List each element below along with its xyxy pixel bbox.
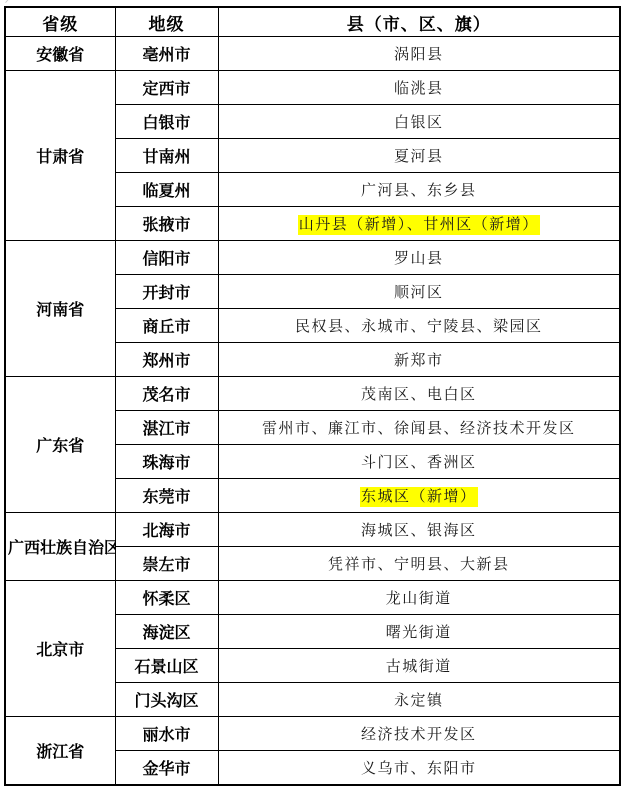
counties-text: 新郑市: [394, 353, 444, 369]
counties-text: 古城街道: [386, 659, 452, 675]
counties-text: 海城区、银海区: [361, 523, 477, 539]
table-row: 安徽省亳州市涡阳县: [5, 37, 620, 71]
city-cell: 崇左市: [115, 547, 218, 581]
province-cell: 河南省: [5, 241, 115, 377]
counties-text: 龙山街道: [386, 591, 452, 607]
city-cell: 开封市: [115, 275, 218, 309]
counties-cell: 东城区（新增）: [218, 479, 620, 513]
table-row: 广西壮族自治区北海市海城区、银海区: [5, 513, 620, 547]
city-cell: 定西市: [115, 71, 218, 105]
document-page: 省级 地级 县（市、区、旗） 安徽省亳州市涡阳县甘肃省定西市临洮县白银市白银区甘…: [0, 0, 631, 791]
city-cell: 东莞市: [115, 479, 218, 513]
counties-cell: 新郑市: [218, 343, 620, 377]
counties-cell: 斗门区、香洲区: [218, 445, 620, 479]
counties-cell: 临洮县: [218, 71, 620, 105]
counties-text: 临洮县: [394, 81, 444, 97]
counties-text: 茂南区、电白区: [361, 387, 477, 403]
city-cell: 亳州市: [115, 37, 218, 71]
city-cell: 白银市: [115, 105, 218, 139]
counties-cell: 永定镇: [218, 683, 620, 717]
province-cell: 甘肃省: [5, 71, 115, 241]
counties-cell: 广河县、东乡县: [218, 173, 620, 207]
province-cell: 安徽省: [5, 37, 115, 71]
counties-cell: 山丹县（新增）、甘州区（新增）: [218, 207, 620, 241]
city-cell: 珠海市: [115, 445, 218, 479]
counties-text: 广河县、东乡县: [361, 183, 477, 199]
province-cell: 北京市: [5, 581, 115, 717]
counties-text-highlighted: 东城区（新增）: [360, 487, 478, 507]
table-row: 浙江省丽水市经济技术开发区: [5, 717, 620, 751]
city-cell: 临夏州: [115, 173, 218, 207]
counties-cell: 经济技术开发区: [218, 717, 620, 751]
counties-text: 永定镇: [394, 693, 444, 709]
city-cell: 茂名市: [115, 377, 218, 411]
counties-text: 斗门区、香洲区: [361, 455, 477, 471]
counties-cell: 雷州市、廉江市、徐闻县、经济技术开发区: [218, 411, 620, 445]
province-cell: 广西壮族自治区: [5, 513, 115, 581]
province-cell: 广东省: [5, 377, 115, 513]
counties-cell: 凭祥市、宁明县、大新县: [218, 547, 620, 581]
table-body: 安徽省亳州市涡阳县甘肃省定西市临洮县白银市白银区甘南州夏河县临夏州广河县、东乡县…: [5, 37, 620, 786]
counties-cell: 曙光街道: [218, 615, 620, 649]
counties-cell: 茂南区、电白区: [218, 377, 620, 411]
table-row: 广东省茂名市茂南区、电白区: [5, 377, 620, 411]
table-row: 北京市怀柔区龙山街道: [5, 581, 620, 615]
counties-text-highlighted: 山丹县（新增）、甘州区（新增）: [298, 215, 540, 235]
city-cell: 石景山区: [115, 649, 218, 683]
counties-text: 民权县、永城市、宁陵县、梁园区: [295, 319, 543, 335]
counties-text: 经济技术开发区: [361, 727, 477, 743]
counties-text: 曙光街道: [386, 625, 452, 641]
counties-cell: 古城街道: [218, 649, 620, 683]
counties-text: 罗山县: [394, 251, 444, 267]
counties-cell: 海城区、银海区: [218, 513, 620, 547]
header-county-level: 县（市、区、旗）: [218, 7, 620, 37]
header-province-level: 省级: [5, 7, 115, 37]
counties-cell: 夏河县: [218, 139, 620, 173]
counties-cell: 龙山街道: [218, 581, 620, 615]
city-cell: 郑州市: [115, 343, 218, 377]
city-cell: 北海市: [115, 513, 218, 547]
header-row: 省级 地级 县（市、区、旗）: [5, 7, 620, 37]
counties-text: 夏河县: [394, 149, 444, 165]
city-cell: 信阳市: [115, 241, 218, 275]
table-row: 甘肃省定西市临洮县: [5, 71, 620, 105]
counties-text: 顺河区: [394, 285, 444, 301]
region-table: 省级 地级 县（市、区、旗） 安徽省亳州市涡阳县甘肃省定西市临洮县白银市白银区甘…: [4, 6, 621, 786]
counties-text: 雷州市、廉江市、徐闻县、经济技术开发区: [262, 421, 576, 437]
counties-cell: 民权县、永城市、宁陵县、梁园区: [218, 309, 620, 343]
city-cell: 海淀区: [115, 615, 218, 649]
city-cell: 丽水市: [115, 717, 218, 751]
city-cell: 湛江市: [115, 411, 218, 445]
counties-cell: 顺河区: [218, 275, 620, 309]
header-prefecture-level: 地级: [115, 7, 218, 37]
counties-text: 义乌市、东阳市: [361, 761, 477, 777]
city-cell: 金华市: [115, 751, 218, 786]
counties-cell: 涡阳县: [218, 37, 620, 71]
counties-cell: 罗山县: [218, 241, 620, 275]
table-row: 河南省信阳市罗山县: [5, 241, 620, 275]
city-cell: 商丘市: [115, 309, 218, 343]
counties-cell: 义乌市、东阳市: [218, 751, 620, 786]
city-cell: 张掖市: [115, 207, 218, 241]
city-cell: 门头沟区: [115, 683, 218, 717]
counties-text: 涡阳县: [394, 47, 444, 63]
counties-text: 白银区: [394, 115, 444, 131]
city-cell: 怀柔区: [115, 581, 218, 615]
counties-cell: 白银区: [218, 105, 620, 139]
city-cell: 甘南州: [115, 139, 218, 173]
counties-text: 凭祥市、宁明县、大新县: [328, 557, 510, 573]
province-cell: 浙江省: [5, 717, 115, 786]
